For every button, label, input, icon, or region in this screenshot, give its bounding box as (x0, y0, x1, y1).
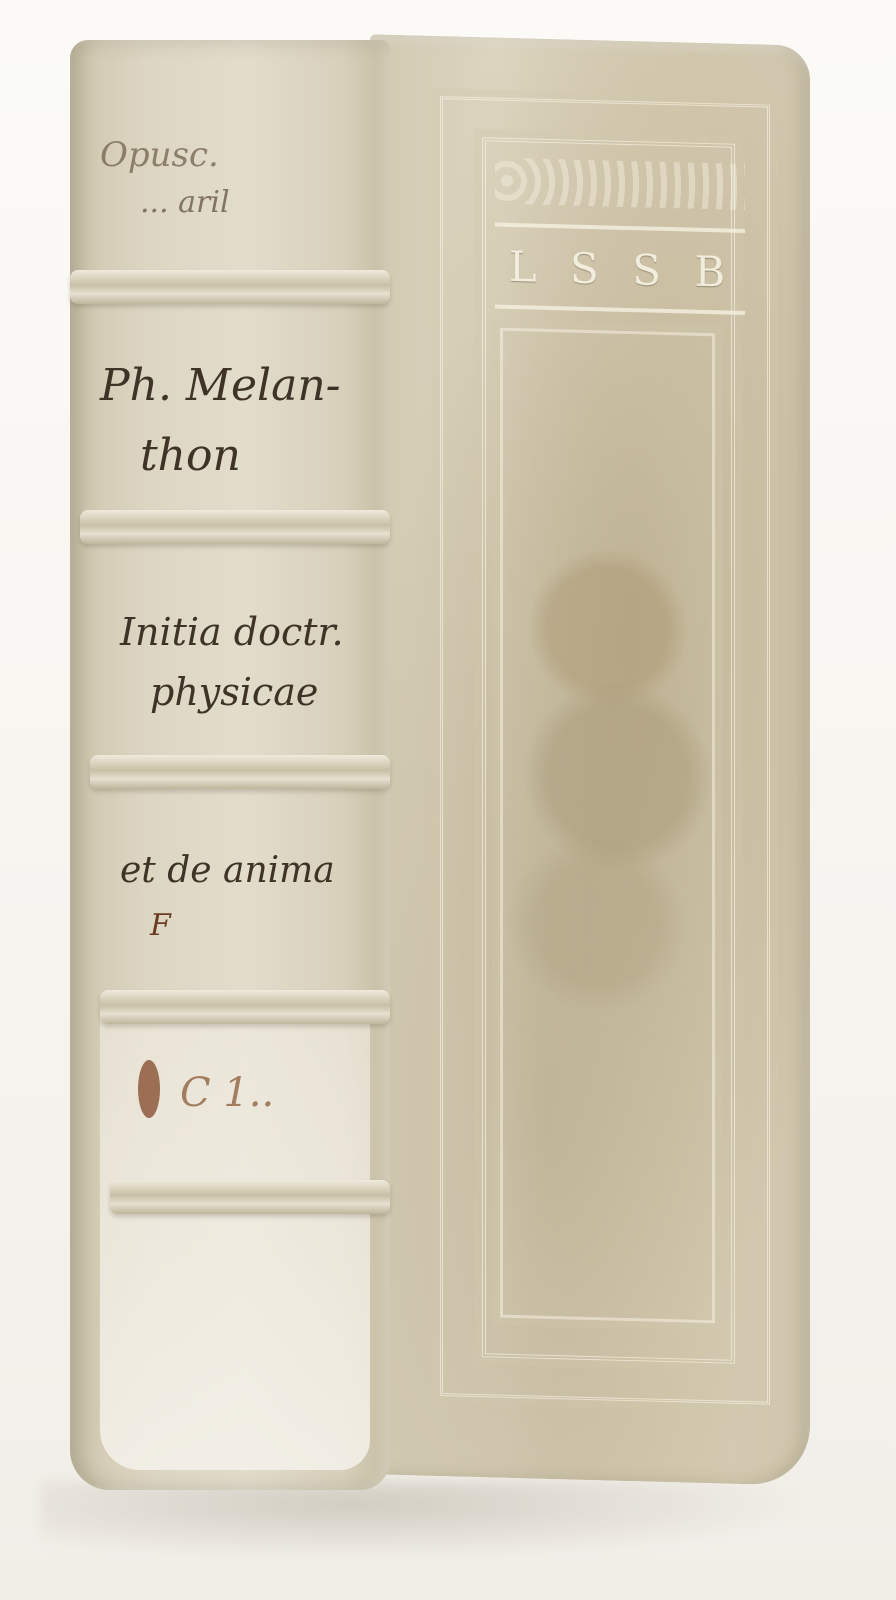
spine-label-line2: ... aril (140, 185, 230, 220)
shelfmark-label: C 1.. (180, 1070, 274, 1116)
central-ornament-panel (500, 328, 715, 1324)
spine-label-title-2: physicae (150, 670, 318, 714)
initial-1: L (509, 241, 543, 291)
book-shadow (40, 1480, 820, 1560)
spine-label-author-2: thon (140, 430, 241, 481)
spine-label-title-1: Initia doctr. (120, 610, 344, 654)
spine-label-opusc: Opusc. (100, 135, 219, 175)
shelfmark-stain (138, 1060, 160, 1118)
raised-band-3 (90, 755, 390, 789)
initial-3: S (632, 245, 667, 295)
spine-label-title-3: et de anima (120, 850, 335, 891)
raised-band-4 (100, 990, 390, 1024)
front-cover: L S S B (370, 34, 810, 1486)
book-spine: Opusc. ... aril Ph. Melan- thon Initia d… (70, 40, 390, 1490)
initials-stamp: L S S B (495, 223, 745, 316)
initial-2: S (570, 243, 605, 293)
spine-label-title-4: F (150, 908, 171, 943)
raised-band-1 (70, 270, 390, 304)
raised-band-5 (110, 1180, 390, 1214)
initial-4: B (694, 246, 731, 296)
spine-label-author-1: Ph. Melan- (100, 360, 341, 411)
ornament-band (495, 158, 745, 211)
raised-band-2 (80, 510, 390, 544)
